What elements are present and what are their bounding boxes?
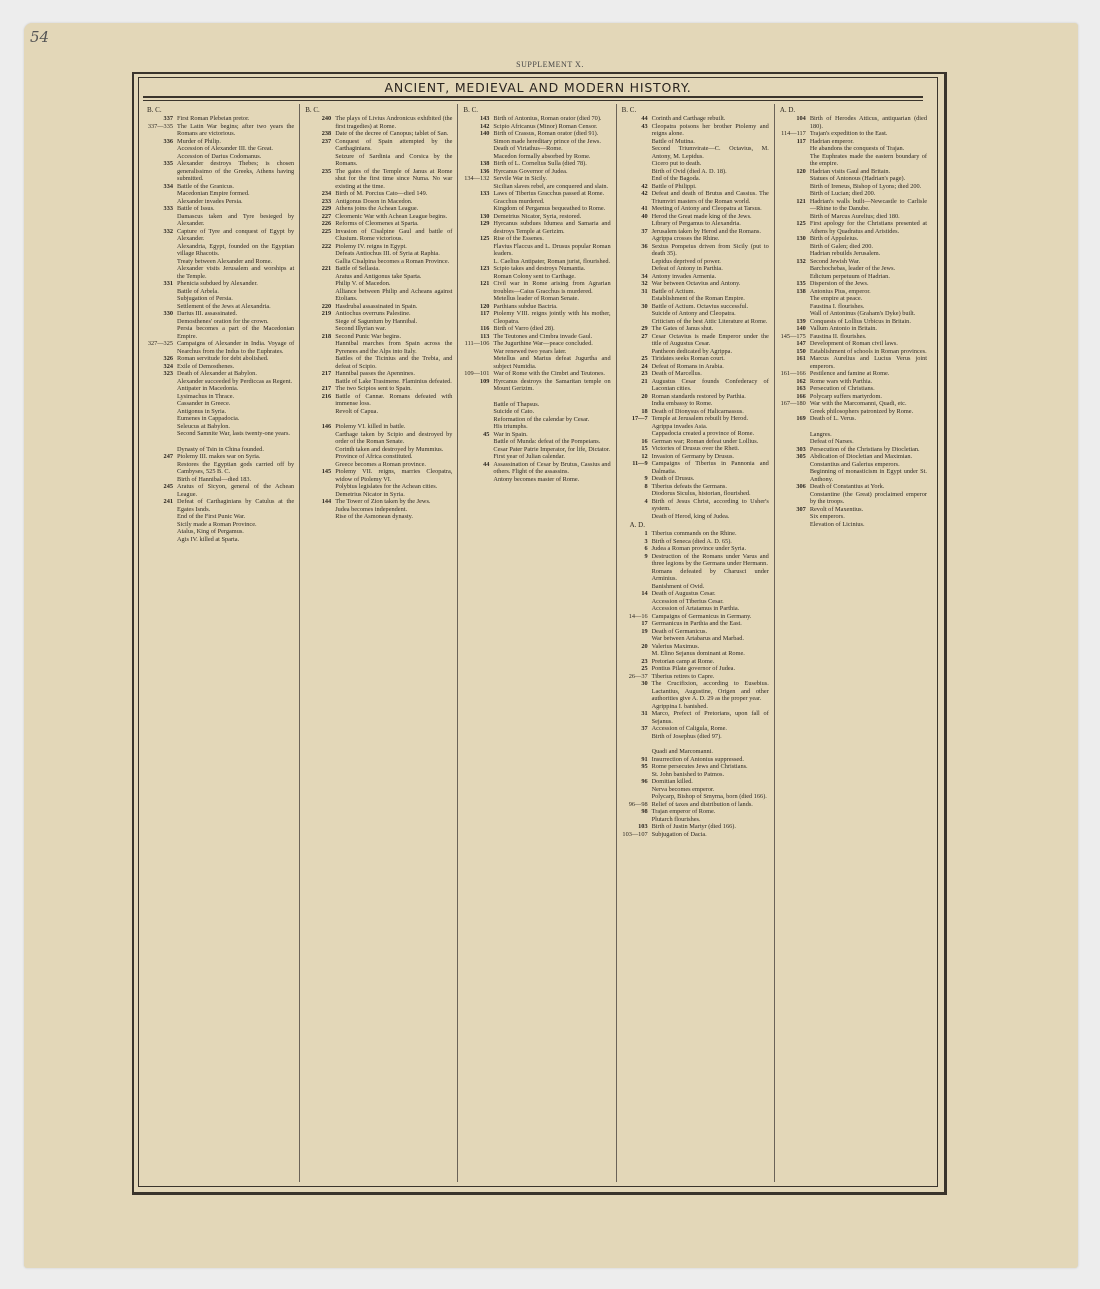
- entry-text: Darius III. assassinated.: [177, 310, 294, 318]
- entry-year: [147, 318, 177, 326]
- entry-year: [305, 280, 335, 288]
- entry-text: Birth of Ovid (died A. D. 18).: [652, 168, 769, 176]
- entry-text: Agrippina I. banished.: [652, 703, 769, 711]
- chronology-entry: 327—325Campaigns of Alexander in India. …: [147, 340, 294, 355]
- entry-year: 136: [463, 168, 493, 176]
- entry-year: 331: [147, 280, 177, 288]
- entry-text: Trajan's expedition to the East.: [810, 130, 927, 138]
- chronology-entry: 1Tiberius commands on the Rhine.: [622, 530, 769, 538]
- entry-text: St. John banished to Patmos.: [652, 771, 769, 779]
- entry-year: 147: [780, 340, 810, 348]
- entry-text: Hadrian rebuilds Jerusalem.: [810, 250, 927, 258]
- entry-text: Campaigns of Tiberius in Pannonia and Da…: [652, 460, 769, 475]
- entry-year: [147, 258, 177, 266]
- chronology-entry: 117Hadrian emperor.: [780, 138, 927, 146]
- entry-text: War between Octavius and Antony.: [652, 280, 769, 288]
- entry-text: Murder of Philip.: [177, 138, 294, 146]
- entry-year: 120: [463, 303, 493, 311]
- chronology-entry: 330Darius III. assassinated.: [147, 310, 294, 318]
- chronology-entry: 220Hasdrubal assassinated in Spain.: [305, 303, 452, 311]
- entry-text: Meeting of Antony and Cleopatra at Tarsu…: [652, 205, 769, 213]
- chronology-entry: Beginning of monasticism in Egypt under …: [780, 468, 927, 483]
- chronology-entry: Aratus and Antigonus take Sparta.: [305, 273, 452, 281]
- entry-year: 14—16: [622, 613, 652, 621]
- chronology-entry: 225Invasion of Cisalpine Gaul and battle…: [305, 228, 452, 243]
- chronology-entry: Alexandria, Egypt, founded on the Egypti…: [147, 243, 294, 258]
- chronology-entry: 42Defeat and death of Brutus and Cassius…: [622, 190, 769, 205]
- entry-text: Death of Constantius at York.: [810, 483, 927, 491]
- entry-text: Accession of Darius Codomanus.: [177, 153, 294, 161]
- chronology-entry: Corinth taken and destroyed by Mummius.: [305, 446, 452, 454]
- entry-text: The Teutones and Cimbra invade Gaul.: [493, 333, 610, 341]
- chronology-entry: 9Death of Drusus.: [622, 475, 769, 483]
- entry-year: [622, 568, 652, 583]
- chronology-entry: 14Death of Augustus Cesar.: [622, 590, 769, 598]
- chronology-entry: Second Illyrian war.: [305, 325, 452, 333]
- entry-year: 169: [780, 415, 810, 423]
- chronology-entry: Siege of Saguntum by Hannibal.: [305, 318, 452, 326]
- entry-text: Nerva becomes emperor.: [652, 786, 769, 794]
- entry-text: Death of Augustus Cesar.: [652, 590, 769, 598]
- chronology-entry: Alexander invades Persia.: [147, 198, 294, 206]
- entry-text: Polybius legislates for the Achean citie…: [335, 483, 452, 491]
- entry-text: Ptolemy VI. killed in battle.: [335, 423, 452, 431]
- chronology-entry: 337First Roman Plebeian pretor.: [147, 115, 294, 123]
- entry-year: 36: [622, 243, 652, 258]
- entry-year: 20: [622, 393, 652, 401]
- entry-year: [780, 153, 810, 168]
- entry-text: Cleopatra poisons her brother Ptolemy an…: [652, 123, 769, 138]
- entry-year: [147, 145, 177, 153]
- entry-year: [622, 220, 652, 228]
- entry-text: Alexandria, Egypt, founded on the Egypti…: [177, 243, 294, 258]
- chronology-entry: Establishment of the Roman Empire.: [622, 295, 769, 303]
- chronology-entry: 24Defeat of Romans in Arabia.: [622, 363, 769, 371]
- entry-year: [147, 288, 177, 296]
- entry-text: Battles of the Ticinius and the Trebia, …: [335, 355, 452, 370]
- chronology-entry: Gracchus murdered.: [463, 198, 610, 206]
- entry-year: 43: [622, 123, 652, 138]
- entry-year: 330: [147, 310, 177, 318]
- entry-text: First apology for the Christians present…: [810, 220, 927, 235]
- chronology-entry: Battle of Lake Trasimene. Flaminius defe…: [305, 378, 452, 386]
- entry-text: Seleucus at Babylon.: [177, 423, 294, 431]
- chronology-entry: 23Death of Marcellus.: [622, 370, 769, 378]
- entry-year: 17—7: [622, 415, 652, 423]
- entry-text: War with the Marcomanni, Quadi, etc.: [810, 400, 927, 408]
- entry-text: Lepidus deprived of power.: [652, 258, 769, 266]
- entry-year: 335: [147, 160, 177, 183]
- chronology-entry: Subjugation of Persia.: [147, 295, 294, 303]
- entry-year: [622, 235, 652, 243]
- chronology-entry: 150Establishment of schools in Roman pro…: [780, 348, 927, 356]
- entry-text: Battle of Munda: defeat of the Pompeians…: [493, 438, 610, 446]
- entry-year: 9: [622, 475, 652, 483]
- entry-year: 145—175: [780, 333, 810, 341]
- entry-year: 217: [305, 370, 335, 378]
- entry-year: 125: [463, 235, 493, 243]
- entry-text: End of the Bagoda.: [652, 175, 769, 183]
- entry-text: Elevation of Licinius.: [810, 521, 927, 529]
- entry-text: Criticism of the best Attic Literature a…: [652, 318, 769, 326]
- entry-year: [622, 513, 652, 521]
- entry-text: Seizure of Sardinia and Corsica by the R…: [335, 153, 452, 168]
- entry-text: Edictum perpetuum of Hadrian.: [810, 273, 927, 281]
- entry-year: 3: [622, 538, 652, 546]
- entry-text: Birth of Josephus (died 97).: [652, 733, 769, 741]
- chronology-entry: Barchochebas, leader of the Jews.: [780, 265, 927, 273]
- entry-text: Vallum Antonio in Britain.: [810, 325, 927, 333]
- entry-text: Atalus, King of Pergamus.: [177, 528, 294, 536]
- chronology-entry: Plutarch flourishes.: [622, 816, 769, 824]
- entry-text: Invasion of Germany by Drusus.: [652, 453, 769, 461]
- chronology-entry: Rise of the Asmonean dynasty.: [305, 513, 452, 521]
- entry-year: [305, 340, 335, 355]
- chronology-entry: 23Pretorian camp at Rome.: [622, 658, 769, 666]
- chronology-entry: Province of Africa constituted.: [305, 453, 452, 461]
- chronology-entry: 36Sextus Pompeius driven from Sicily (pu…: [622, 243, 769, 258]
- entry-text: Birth of M. Porcius Cato—died 149.: [335, 190, 452, 198]
- chronology-entry: Banishment of Ovid.: [622, 583, 769, 591]
- entry-year: 98: [622, 808, 652, 816]
- entry-year: [463, 145, 493, 153]
- entry-year: 135: [780, 280, 810, 288]
- entry-text: Six emperors.: [810, 513, 927, 521]
- entry-year: [622, 816, 652, 824]
- chronology-entry: 41Meeting of Antony and Cleopatra at Tar…: [622, 205, 769, 213]
- entry-text: Pantheon dedicated by Agrippa.: [652, 348, 769, 356]
- entry-text: Subjugation of Dacia.: [652, 831, 769, 839]
- entry-year: 323: [147, 370, 177, 378]
- entry-text: Jerusalem taken by Herod and the Romans.: [652, 228, 769, 236]
- entry-text: Demosthenes' oration for the crown.: [177, 318, 294, 326]
- entry-text: Sextus Pompeius driven from Sicily (put …: [652, 243, 769, 258]
- entry-year: [622, 771, 652, 779]
- entry-year: [622, 703, 652, 711]
- chronology-entry: Cicero put to death.: [622, 160, 769, 168]
- entry-year: 218: [305, 333, 335, 341]
- entry-text: Invasion of Cisalpine Gaul and battle of…: [335, 228, 452, 243]
- entry-text: Defeat of Carthaginians by Catulus at th…: [177, 498, 294, 513]
- entry-text: Plutarch flourishes.: [652, 816, 769, 824]
- chronology-entry: 6Judea a Roman province under Syria.: [622, 545, 769, 553]
- column-3: B. C.143Birth of Antonius, Roman orator …: [458, 104, 616, 1182]
- entry-year: 144: [305, 498, 335, 506]
- chronology-entry: Birth of Hannibal—died 183.: [147, 476, 294, 484]
- era-heading: B. C.: [147, 106, 294, 114]
- chronology-entry: Birth of Galen; died 200.: [780, 243, 927, 251]
- omitted-entries-gap: [147, 438, 294, 446]
- entry-year: 27: [622, 333, 652, 348]
- entry-text: Birth of Galen; died 200.: [810, 243, 927, 251]
- chronology-entry: Metellus and Marius defeat Jugurtha and …: [463, 355, 610, 370]
- entry-year: [780, 183, 810, 191]
- chronology-entry: 15Victories of Drusus over the Rheti.: [622, 445, 769, 453]
- chronology-entry: Romans defeated by Charusci under Armini…: [622, 568, 769, 583]
- chronology-entry: 116Birth of Varro (died 28).: [463, 325, 610, 333]
- entry-year: 21: [622, 378, 652, 393]
- entry-text: Siege of Saguntum by Hannibal.: [335, 318, 452, 326]
- entry-text: Second Illyrian war.: [335, 325, 452, 333]
- entry-year: 41: [622, 205, 652, 213]
- entry-text: Death of Germanicus.: [652, 628, 769, 636]
- entry-text: Cesar Octavius is made Emperor under the…: [652, 333, 769, 348]
- omitted-entries-gap: [463, 393, 610, 401]
- chronology-entry: 121Civil war in Rome arising from Agrari…: [463, 280, 610, 295]
- entry-year: [622, 348, 652, 356]
- entry-year: 142: [463, 123, 493, 131]
- entry-text: Abdication of Diocletian and Maximian.: [810, 453, 927, 461]
- chronology-entry: Philip V. of Macedon.: [305, 280, 452, 288]
- entry-year: [305, 355, 335, 370]
- chronology-entry: 31Battle of Actium.: [622, 288, 769, 296]
- entry-text: Subjugation of Persia.: [177, 295, 294, 303]
- entry-text: Ptolemy VIII. reigns jointly with his mo…: [493, 310, 610, 325]
- entry-text: L. Caelius Antipater, Roman jurist, flou…: [493, 258, 610, 266]
- entry-text: Birth of Lucian; died 200.: [810, 190, 927, 198]
- chronology-entry: 18Death of Dionysus of Halicarnassus.: [622, 408, 769, 416]
- entry-year: [622, 583, 652, 591]
- entry-text: Aratus and Antigonus take Sparta.: [335, 273, 452, 281]
- chronology-entry: Accession of Tiberius Cesar.: [622, 598, 769, 606]
- entry-year: [147, 521, 177, 529]
- entry-year: 139: [780, 318, 810, 326]
- entry-year: [305, 491, 335, 499]
- chronology-entry: Antipater in Macedonia.: [147, 385, 294, 393]
- entry-year: 103: [622, 823, 652, 831]
- entry-text: Macedonian Empire formed.: [177, 190, 294, 198]
- chronology-entry: Defeat of Antony in Parthia.: [622, 265, 769, 273]
- entry-text: Barchochebas, leader of the Jews.: [810, 265, 927, 273]
- entry-year: [780, 295, 810, 303]
- entry-text: Langres.: [810, 431, 927, 439]
- entry-year: [463, 453, 493, 461]
- chronology-entry: Birth of Lucian; died 200.: [780, 190, 927, 198]
- entry-text: Suicide of Antony and Cleopatra.: [652, 310, 769, 318]
- chronology-entry: 3Birth of Seneca (died A. D. 65).: [622, 538, 769, 546]
- entry-year: 25: [622, 665, 652, 673]
- entry-text: Birth of Seneca (died A. D. 65).: [652, 538, 769, 546]
- entry-year: 103—107: [622, 831, 652, 839]
- entry-text: Hyrcanus subdues Idumea and Samaria and …: [493, 220, 610, 235]
- chronology-entry: Agrippina I. banished.: [622, 703, 769, 711]
- entry-year: 327—325: [147, 340, 177, 355]
- entry-year: [147, 153, 177, 161]
- entry-year: 303: [780, 446, 810, 454]
- entry-text: Antigonus in Syria.: [177, 408, 294, 416]
- entry-text: Battle of Mutina.: [652, 138, 769, 146]
- entry-text: Hadrian emperor.: [810, 138, 927, 146]
- chronology-entry: 138Antonius Pius, emperor.: [780, 288, 927, 296]
- chronology-entry: 40Herod the Great made king of the Jews.: [622, 213, 769, 221]
- entry-year: 34: [622, 273, 652, 281]
- entry-year: 307: [780, 506, 810, 514]
- chronology-entry: Antony becomes master of Rome.: [463, 476, 610, 484]
- entry-text: Death of Marcellus.: [652, 370, 769, 378]
- chronology-entry: 218Second Punic War begins.: [305, 333, 452, 341]
- chronology-entry: End of the First Punic War.: [147, 513, 294, 521]
- entry-year: 120: [780, 168, 810, 176]
- chronology-entry: 147Development of Roman civil laws.: [780, 340, 927, 348]
- chronology-entry: 323Death of Alexander at Babylon.: [147, 370, 294, 378]
- entry-year: 162: [780, 378, 810, 386]
- chronology-entry: India embassy to Rome.: [622, 400, 769, 408]
- entry-text: Establishment of schools in Roman provin…: [810, 348, 927, 356]
- chronology-entry: 237Conquest of Spain attempted by the Ca…: [305, 138, 452, 153]
- entry-text: Reforms of Cleomenes at Sparta.: [335, 220, 452, 228]
- entry-text: Birth of Justin Martyr (died 166).: [652, 823, 769, 831]
- entry-year: 29: [622, 325, 652, 333]
- entry-year: [622, 400, 652, 408]
- entry-year: 104: [780, 115, 810, 130]
- entry-year: 324: [147, 363, 177, 371]
- entry-text: Corinth and Carthage rebuilt.: [652, 115, 769, 123]
- entry-text: Defeat of Romans in Arabia.: [652, 363, 769, 371]
- chronology-entry: 169Death of L. Verus.: [780, 415, 927, 423]
- chronology-entry: War between Artabarus and Marbad.: [622, 635, 769, 643]
- entry-text: The empire at peace.: [810, 295, 927, 303]
- entry-year: [147, 265, 177, 280]
- entry-year: 44: [463, 461, 493, 476]
- entry-year: [622, 793, 652, 801]
- chronology-entry: Agis IV. killed at Sparta.: [147, 536, 294, 544]
- entry-text: German war; Roman defeat under Lollius.: [652, 438, 769, 446]
- chronology-entry: 145Ptolemy VII. reigns, marries Cleopatr…: [305, 468, 452, 483]
- entry-year: [622, 748, 652, 756]
- chronology-entry: 4Birth of Jesus Christ, according to Ush…: [622, 498, 769, 513]
- chronology-entry: 120Hadrian visits Gaul and Britain.: [780, 168, 927, 176]
- entry-year: [780, 431, 810, 439]
- chronology-entry: Battles of the Ticinius and the Trebia, …: [305, 355, 452, 370]
- entry-year: 161—166: [780, 370, 810, 378]
- entry-year: 222: [305, 243, 335, 251]
- chronology-entry: Wall of Antoninus (Graham's Dyke) built.: [780, 310, 927, 318]
- entry-text: Simon made hereditary prince of the Jews…: [493, 138, 610, 146]
- chronology-entry: 34Antony invades Armenia.: [622, 273, 769, 281]
- entry-year: [147, 325, 177, 340]
- entry-year: 241: [147, 498, 177, 513]
- chronology-entry: 332Capture of Tyre and conquest of Egypt…: [147, 228, 294, 243]
- chronology-entry: 305Abdication of Diocletian and Maximian…: [780, 453, 927, 461]
- entry-year: 4: [622, 498, 652, 513]
- entry-year: [305, 288, 335, 303]
- chronology-entry: 29The Gates of Janus shut.: [622, 325, 769, 333]
- entry-text: Polycarp suffers martyrdom.: [810, 393, 927, 401]
- entry-text: Romans defeated by Charusci under Armini…: [652, 568, 769, 583]
- entry-year: [622, 258, 652, 266]
- chronology-entry: Langres.: [780, 431, 927, 439]
- entry-year: 163: [780, 385, 810, 393]
- chronology-entry: Alexander visits Jerusalem and worships …: [147, 265, 294, 280]
- chronology-entry: Death of Viriathus—Rome.: [463, 145, 610, 153]
- entry-year: 247: [147, 453, 177, 461]
- entry-text: Persecution of the Christians by Dioclet…: [810, 446, 927, 454]
- chronology-entry: M. Elino Sejanus dominant at Rome.: [622, 650, 769, 658]
- entry-text: Tiberius commands on the Rhine.: [652, 530, 769, 538]
- chronology-entry: 109—101War of Rome with the Cimbri and T…: [463, 370, 610, 378]
- entry-year: [622, 605, 652, 613]
- entry-text: Hannibal passes the Apennines.: [335, 370, 452, 378]
- entry-text: First year of Julian calendar.: [493, 453, 610, 461]
- entry-text: Rome persecutes Jews and Christians.: [652, 763, 769, 771]
- entry-text: Birth of Herodes Atticus, antiquarian (d…: [810, 115, 927, 130]
- chronology-entry: 117Ptolemy VIII. reigns jointly with his…: [463, 310, 610, 325]
- entry-text: Birth of Jesus Christ, according to Ushe…: [652, 498, 769, 513]
- entry-year: [622, 310, 652, 318]
- chronology-entry: 162Rome wars with Parthia.: [780, 378, 927, 386]
- entry-year: 1: [622, 530, 652, 538]
- entry-text: Banishment of Ovid.: [652, 583, 769, 591]
- chronology-entry: 95Rome persecutes Jews and Christians.: [622, 763, 769, 771]
- entry-text: Demetrius Nicator, Syria, restored.: [493, 213, 610, 221]
- entry-year: 121: [463, 280, 493, 295]
- entry-year: 167—180: [780, 400, 810, 408]
- chronology-entry: His triumphs.: [463, 423, 610, 431]
- chronology-entry: Seizure of Sardinia and Corsica by the R…: [305, 153, 452, 168]
- entry-year: [147, 400, 177, 408]
- entry-text: Accession of Tiberius Cesar.: [652, 598, 769, 606]
- entry-text: Athens joins the Achean League.: [335, 205, 452, 213]
- entry-text: Birth of Antonius, Roman orator (died 70…: [493, 115, 610, 123]
- chronology-entry: Carthage taken by Scipio and destroyed b…: [305, 431, 452, 446]
- entry-year: 11—9: [622, 460, 652, 475]
- chronology-entry: He abandons the conquests of Trajan.: [780, 145, 927, 153]
- chronology-entry: L. Caelius Antipater, Roman jurist, flou…: [463, 258, 610, 266]
- omitted-entries-gap: [622, 740, 769, 748]
- entry-text: Death of Dionysus of Halicarnassus.: [652, 408, 769, 416]
- omitted-entries-gap: [305, 415, 452, 423]
- chronology-entry: 139Conquests of Lollius Urbicus in Brita…: [780, 318, 927, 326]
- chronology-entry: 167—180War with the Marcomanni, Quadi, e…: [780, 400, 927, 408]
- entry-text: Ptolemy VII. reigns, marries Cleopatra, …: [335, 468, 452, 483]
- entry-text: Trajan emperor of Rome.: [652, 808, 769, 816]
- entry-text: Battle of the Granicus.: [177, 183, 294, 191]
- chronology-entry: 91Insurrection of Antonius suppressed.: [622, 756, 769, 764]
- entry-year: 140: [463, 130, 493, 138]
- chronology-entry: 31Marco, Prefect of Pretorians, upon fal…: [622, 710, 769, 725]
- entry-year: [463, 183, 493, 191]
- chronology-entry: 42Battle of Philippi.: [622, 183, 769, 191]
- chronology-entry: Elevation of Licinius.: [780, 521, 927, 529]
- entry-year: 31: [622, 710, 652, 725]
- entry-text: Gracchus murdered.: [493, 198, 610, 206]
- chronology-entry: Gallia Cisalpina becomes a Roman Provinc…: [305, 258, 452, 266]
- entry-year: [780, 521, 810, 529]
- entry-year: 16: [622, 438, 652, 446]
- entry-year: [463, 243, 493, 258]
- entry-year: 23: [622, 370, 652, 378]
- entry-year: 20: [622, 643, 652, 651]
- chronology-entry: Metellus leader of Roman Senate.: [463, 295, 610, 303]
- chronology-entry: 125Rise of the Essenes.: [463, 235, 610, 243]
- entry-text: Beginning of monasticism in Egypt under …: [810, 468, 927, 483]
- chronology-entry: 336Murder of Philip.: [147, 138, 294, 146]
- entry-year: 42: [622, 183, 652, 191]
- entry-year: 40: [622, 213, 652, 221]
- entry-year: [622, 733, 652, 741]
- chronology-entry: Diodorus Siculus, historian, flourished.: [622, 490, 769, 498]
- entry-year: 31: [622, 288, 652, 296]
- entry-text: War renewed two years later.: [493, 348, 610, 356]
- entry-year: [780, 408, 810, 416]
- entry-text: Birth of L. Cornelius Sulla (died 78).: [493, 160, 610, 168]
- supplement-label: SUPPLEMENT X.: [0, 60, 1100, 69]
- entry-text: Treaty between Alexander and Rome.: [177, 258, 294, 266]
- chronology-entry: Macedonian Empire formed.: [147, 190, 294, 198]
- entry-year: [147, 243, 177, 258]
- entry-year: 229: [305, 205, 335, 213]
- entry-text: Province of Africa constituted.: [335, 453, 452, 461]
